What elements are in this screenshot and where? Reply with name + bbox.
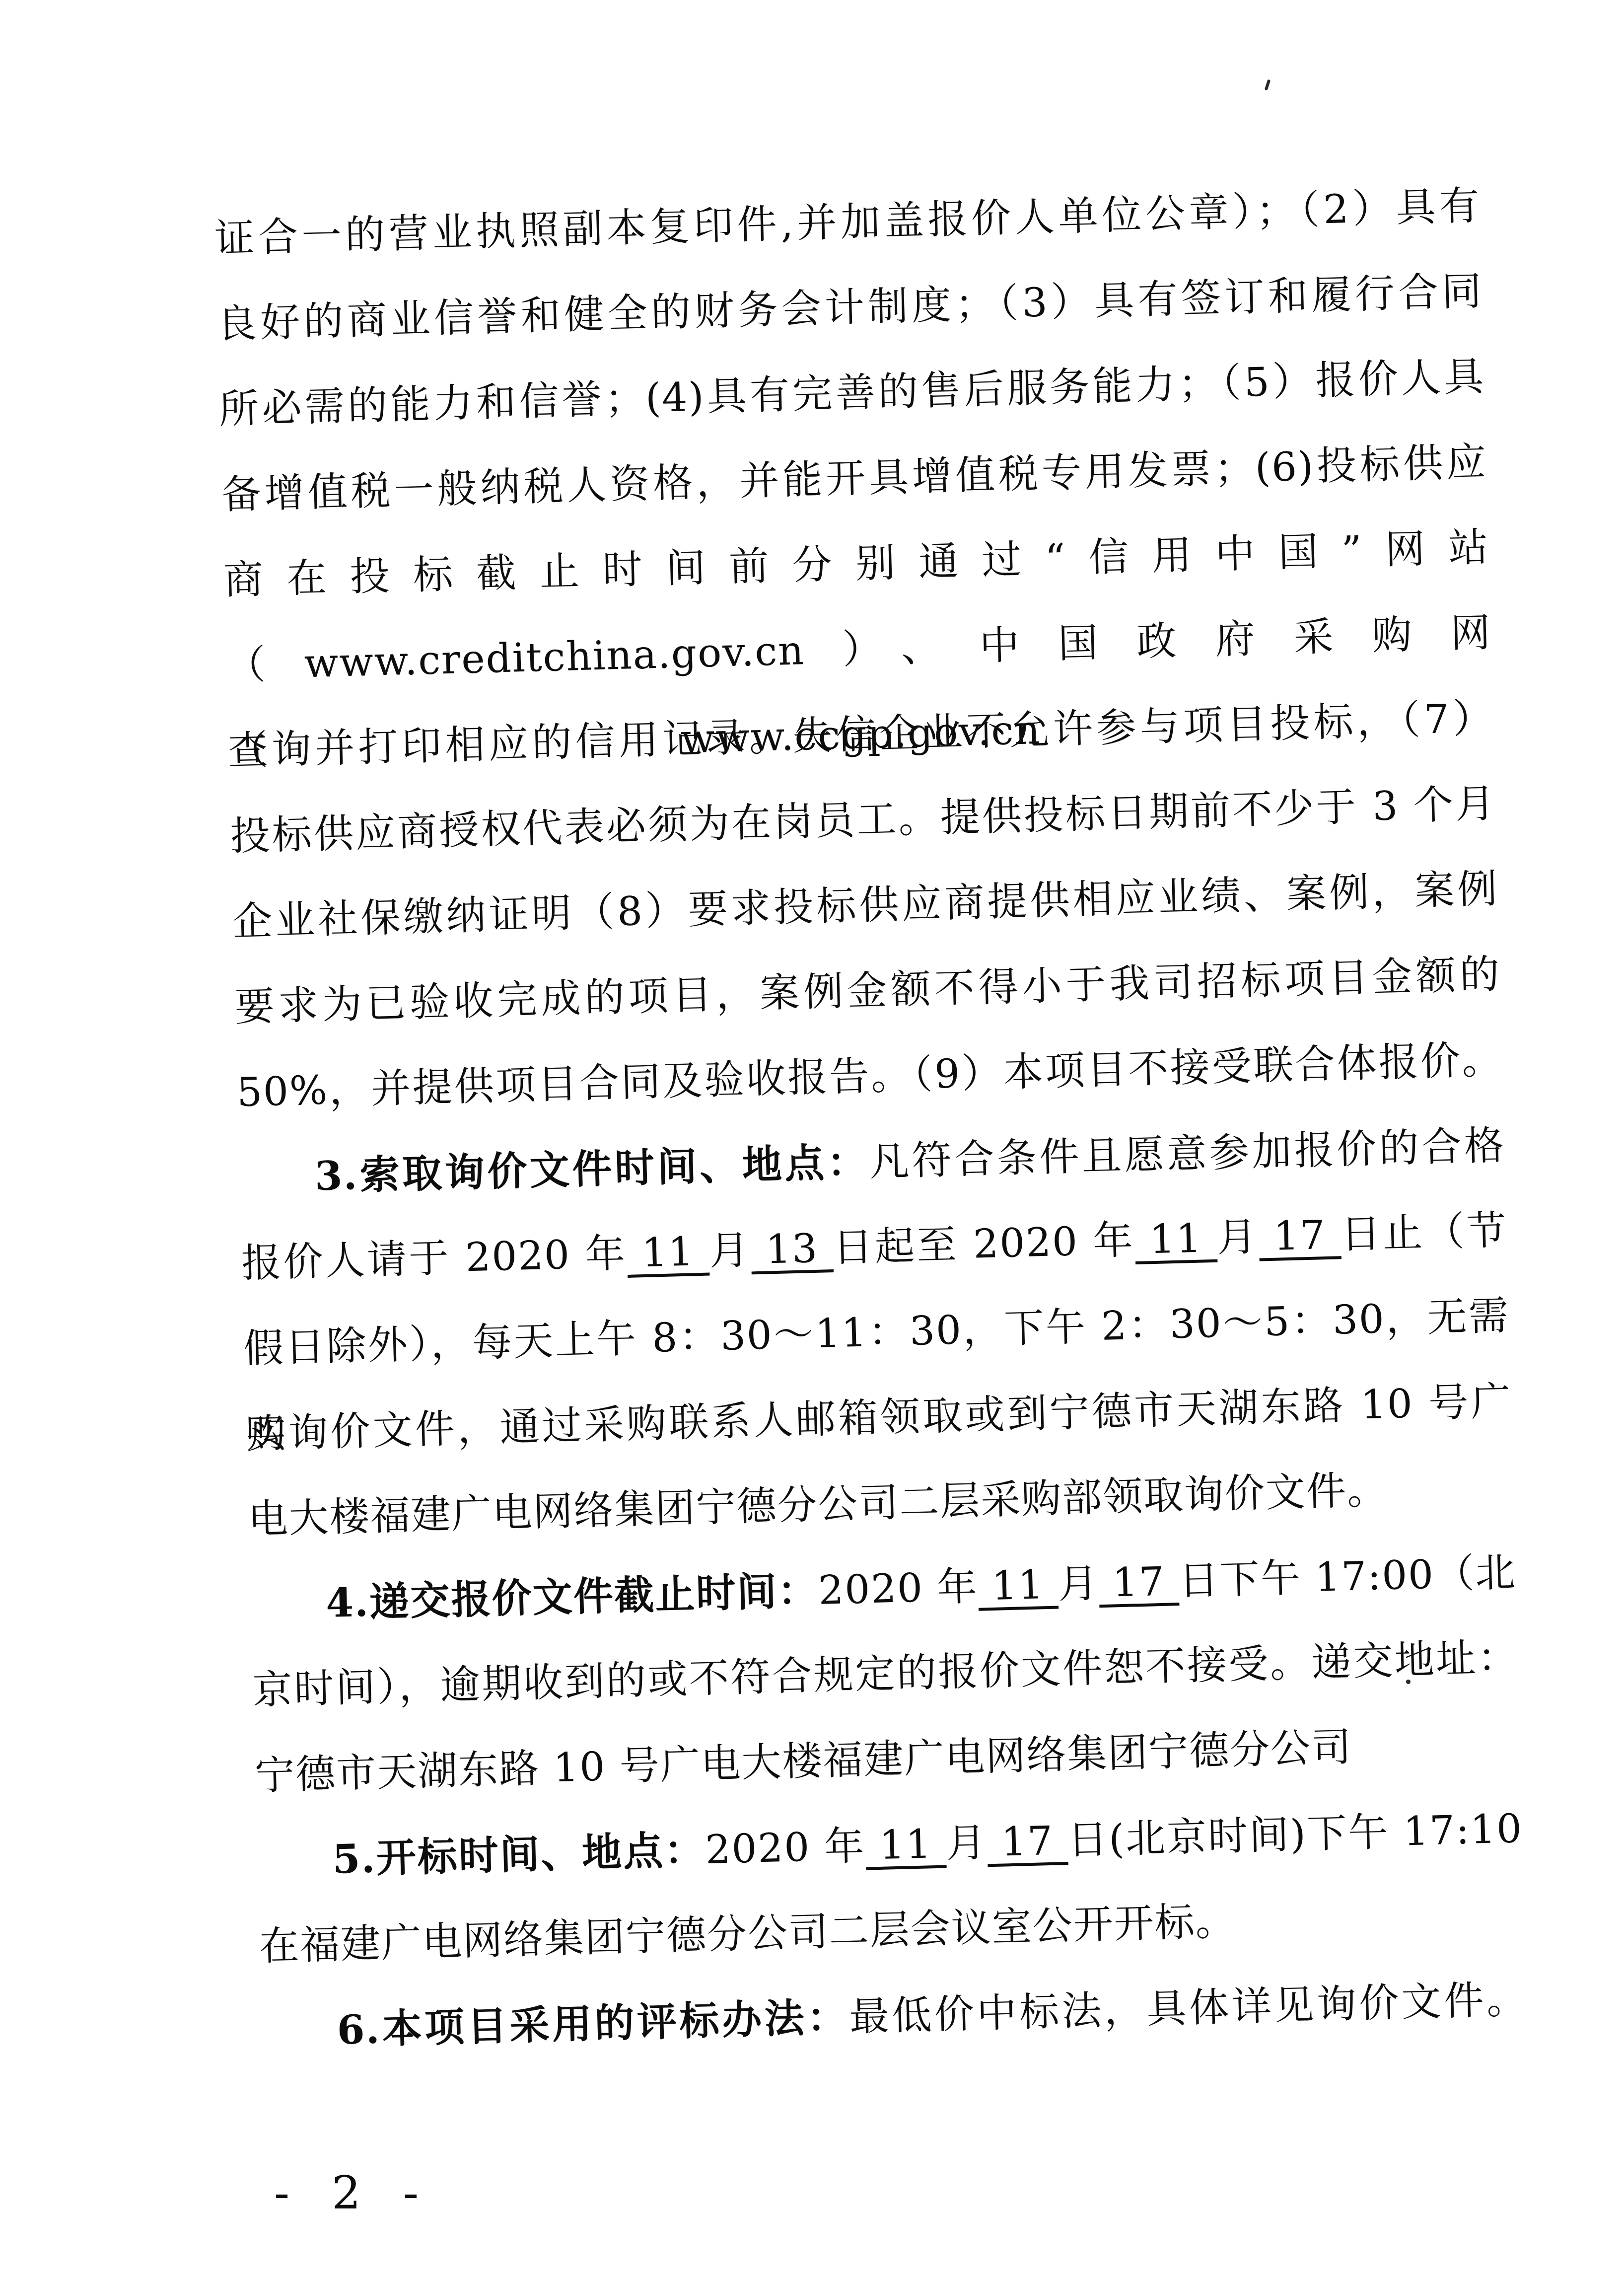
section-heading: 6.本项目采用的评标办法： — [337, 1993, 850, 2054]
text-segment: 2020 年 — [705, 1823, 866, 1873]
text-segment: 日下午 17:00（北 — [1178, 1549, 1517, 1604]
text-segment: 电大楼福建广电网络集团宁德分公司二层采购部领取询价文件。 — [248, 1467, 1389, 1542]
text-segment: 月 — [1216, 1214, 1260, 1261]
page-number: - 2 - — [274, 2166, 432, 2219]
underlined-date: 17 — [1098, 1558, 1180, 1606]
text-segment: 月 — [1058, 1560, 1100, 1607]
section-heading: 5.开标时间、地点： — [332, 1826, 706, 1883]
underlined-date: 17 — [987, 1817, 1068, 1865]
text-segment: 日止（节 — [1340, 1207, 1507, 1258]
text-segment: 证合一的营业执照副本复印件,并加盖报价人单位公章）；（2）具有 — [214, 182, 1481, 262]
text-segment: 查询并打印相应的信用记录。失信企业不允许参与项目投标，（7） — [227, 695, 1494, 774]
scan-speck — [1406, 1680, 1411, 1684]
text-segment: 凡符合条件且愿意参加报价的合格 — [869, 1122, 1505, 1185]
text-segment: 日(北京时间)下午 17:10 — [1067, 1805, 1523, 1863]
text-segment: 宁德市天湖东路 10 号广电大楼福建广电网络集团宁德分公司 — [254, 1724, 1352, 1799]
underlined-date: 11 — [1134, 1215, 1218, 1263]
text-segment: 最低价中标法，具体详见询价文件。 — [849, 1976, 1528, 2040]
scan-speck — [1269, 1053, 1272, 1056]
text-segment: 良好的商业信誉和健全的财务会计制度；（3）具有签订和履行合同 — [216, 268, 1483, 347]
text-segment: 报价人请于 2020 年 — [241, 1230, 628, 1286]
underlined-date: 11 — [865, 1821, 947, 1869]
text-segment: 在福建广电网络集团宁德分公司二层会议室公开开标。 — [259, 1898, 1237, 1969]
text-segment: 企业社保缴纳证明（8）要求投标供应商提供相应业绩、案例，案例 — [232, 866, 1499, 945]
text-segment: 日起至 2020 年 — [833, 1217, 1136, 1271]
underlined-date: 17 — [1258, 1211, 1342, 1259]
document-page: 证合一的营业执照副本复印件,并加盖报价人单位公章）；（2）具有良好的商业信誉和健… — [0, 0, 1624, 2276]
text-segment: 商在投标截止时间前分别通过“信用中国”网站 — [223, 524, 1490, 603]
underlined-date: 11 — [627, 1228, 710, 1276]
underlined-date: 11 — [978, 1561, 1059, 1609]
text-segment: 2020 年 — [818, 1563, 979, 1614]
text-segment: 京时间），逾期收到的或不符合规定的报价文件恕不接受。递交地址： — [252, 1634, 1519, 1713]
text-segment: 月 — [945, 1819, 988, 1866]
text-segment: 买询价文件，通过采购联系人邮箱领取或到宁德市天湖东路 10 号广 — [245, 1378, 1512, 1457]
document-body: 证合一的营业执照副本复印件,并加盖报价人单位公章）；（2）具有良好的商业信誉和健… — [213, 163, 1528, 2074]
text-segment: 月 — [708, 1227, 752, 1274]
text-segment: 50%，并提供项目合同及验收报告。（9）本项目不接受联合体报价。 — [236, 1036, 1503, 1116]
underlined-date: 13 — [750, 1225, 834, 1273]
text-segment: 所必需的能力和信誉；(4)具有完善的售后服务能力；（5）报价人具 — [218, 353, 1485, 433]
text-segment: 投标供应商授权代表必须为在岗员工。提供投标日期前不少于 3 个月 — [230, 780, 1497, 860]
section-heading: 3.索取询价文件时间、地点： — [314, 1138, 870, 1199]
scan-speck — [1265, 79, 1271, 91]
section-heading: 4.递交报价文件截止时间： — [325, 1567, 819, 1626]
text-segment: 要求为已验收完成的项目，案例金额不得小于我司招标项目金额的 — [234, 951, 1501, 1030]
text-segment: 备增值税一般纳税人资格，并能开具增值税专用发票；(6)投标供应 — [221, 439, 1488, 518]
